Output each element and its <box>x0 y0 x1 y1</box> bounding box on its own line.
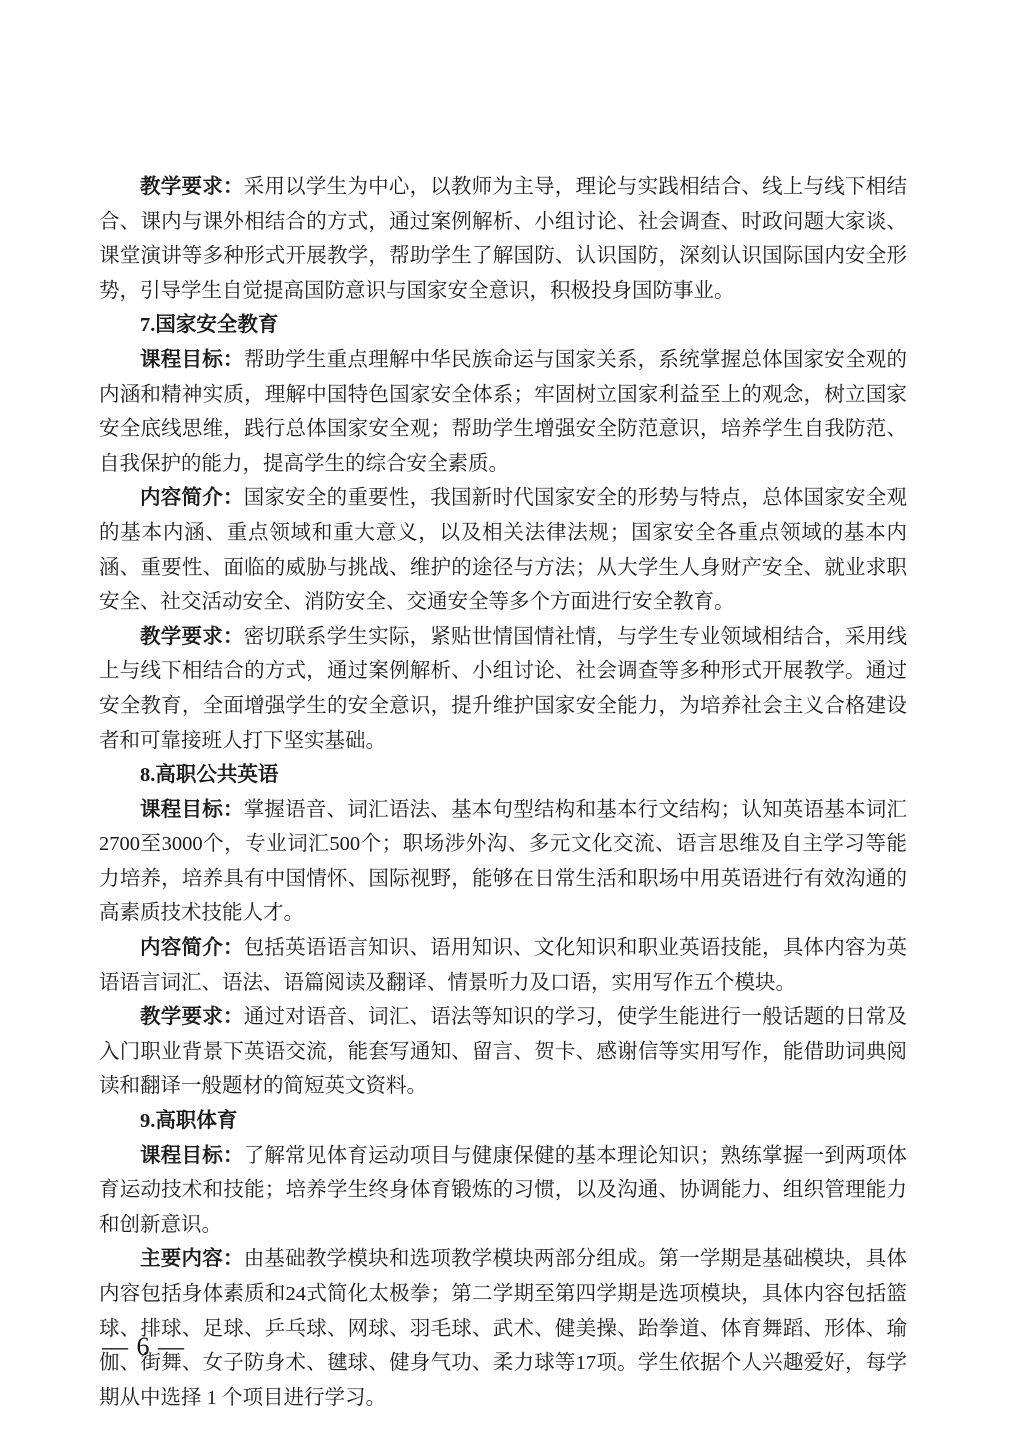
body-paragraph: 课程目标：帮助学生重点理解中华民族命运与国家关系，系统掌握总体国家安全观的内涵和… <box>99 343 907 481</box>
section-heading-text: 7.国家安全教育 <box>140 314 278 336</box>
paragraph-label: 课程目标： <box>140 349 244 371</box>
page-number: — 6 — <box>102 1330 185 1364</box>
body-paragraph: 内容简介：国家安全的重要性，我国新时代国家安全的形势与特点，总体国家安全观的基本… <box>99 481 907 619</box>
document-page: 教学要求：采用以学生为中心，以教师为主导，理论与实践相结合、线上与线下相结合、课… <box>0 0 1024 1448</box>
paragraph-label: 课程目标： <box>140 1145 244 1167</box>
paragraph-label: 内容简介： <box>140 937 244 959</box>
paragraph-label: 主要内容： <box>140 1248 244 1270</box>
body-paragraph: 课程目标：了解常见体育运动项目与健康保健的基本理论知识；熟练掌握一到两项体育运动… <box>99 1139 907 1243</box>
body-paragraph: 主要内容：由基础教学模块和选项教学模块两部分组成。第一学期是基础模块，具体内容包… <box>99 1242 907 1415</box>
paragraph-label: 教学要求： <box>140 1006 244 1028</box>
section-heading-text: 8.高职公共英语 <box>140 764 278 786</box>
body-paragraph: 内容简介：包括英语语言知识、语用知识、文化知识和职业英语技能，具体内容为英语语言… <box>99 931 907 1000</box>
body-paragraph: 教学要求：密切联系学生实际，紧贴世情国情社情，与学生专业领域相结合，采用线上与线… <box>99 620 907 758</box>
paragraph-label: 课程目标： <box>140 799 244 821</box>
section-heading: 9.高职体育 <box>99 1104 907 1139</box>
body-paragraph: 教学要求：采用以学生为中心，以教师为主导，理论与实践相结合、线上与线下相结合、课… <box>99 170 907 308</box>
paragraph-label: 内容简介： <box>140 487 244 509</box>
section-heading: 7.国家安全教育 <box>99 308 907 343</box>
body-paragraph: 课程目标：掌握语音、词汇语法、基本句型结构和基本行文结构；认知英语基本词汇270… <box>99 793 907 931</box>
page-number-text: — 6 — <box>102 1332 185 1361</box>
body-paragraph: 教学要求：通过对语音、词汇、语法等知识的学习，使学生能进行一般话题的日常及入门职… <box>99 1000 907 1104</box>
page-content: 教学要求：采用以学生为中心，以教师为主导，理论与实践相结合、线上与线下相结合、课… <box>99 170 907 1415</box>
paragraph-label: 教学要求： <box>140 176 244 198</box>
paragraph-label: 教学要求： <box>140 626 244 648</box>
paragraph-text: 由基础教学模块和选项教学模块两部分组成。第一学期是基础模块，具体内容包括身体素质… <box>99 1248 907 1408</box>
section-heading-text: 9.高职体育 <box>140 1110 237 1132</box>
section-heading: 8.高职公共英语 <box>99 758 907 793</box>
